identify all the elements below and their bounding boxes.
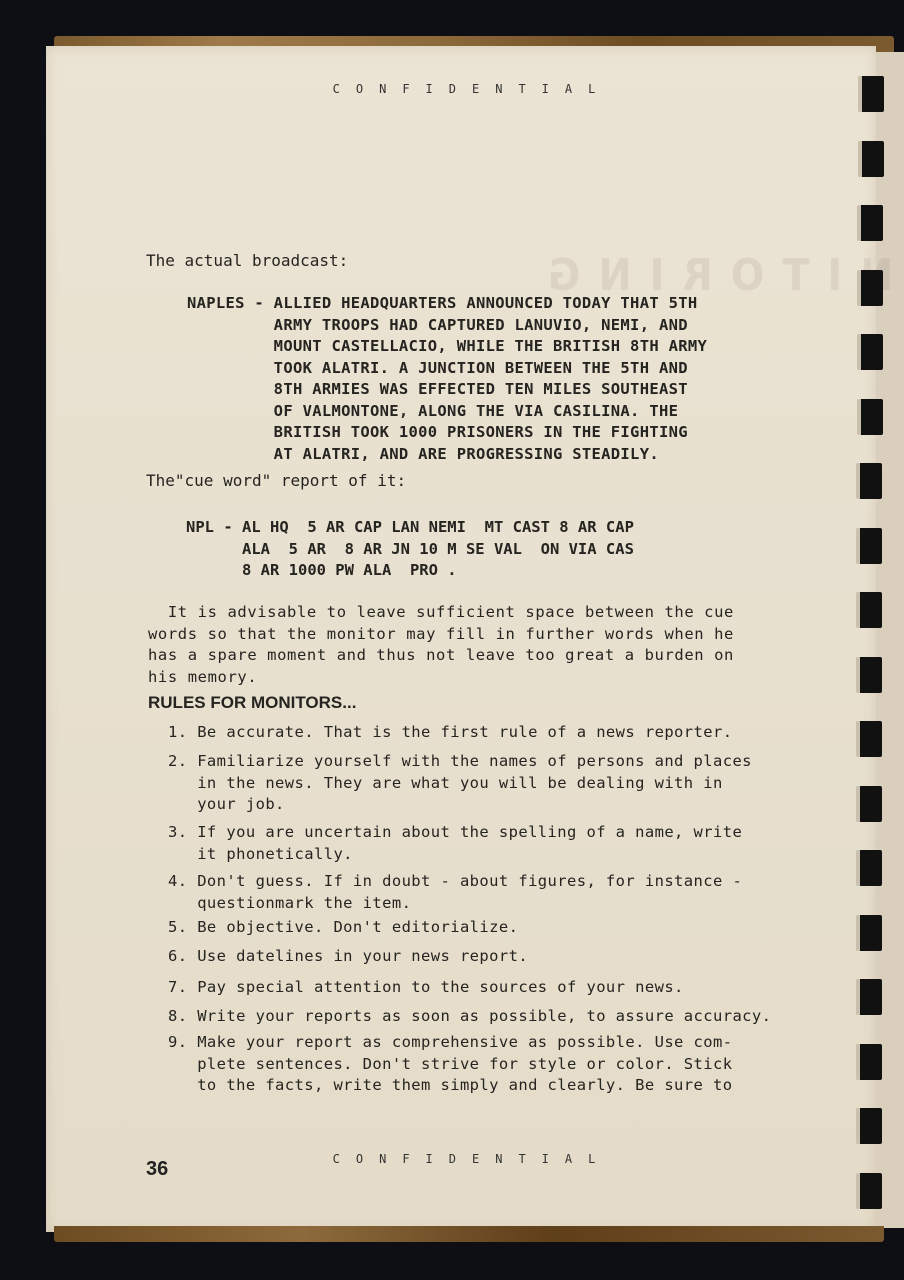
rule-item: 5. Be objective. Don't editorialize. [168,917,518,939]
binding-ring [857,205,883,241]
binding-ring [856,915,882,951]
binding-ring [857,399,883,435]
binding-ring [856,1044,882,1080]
binding-ring [856,528,882,564]
binding-ring [856,979,882,1015]
broadcast-label: The actual broadcast: [146,250,348,272]
rule-item: 1. Be accurate. That is the first rule o… [168,722,732,744]
binding-ring [856,657,882,693]
rule-item: 8. Write your reports as soon as possibl… [168,1006,771,1028]
cue-label: The"cue word" report of it: [146,470,406,492]
advice-paragraph: It is advisable to leave sufficient spac… [148,602,734,688]
rule-item: 4. Don't guess. If in doubt - about figu… [168,871,742,914]
footer-confidential: CONFIDENTIAL [20,1152,904,1166]
rule-item: 6. Use datelines in your news report. [168,946,528,968]
rule-item: 9. Make your report as comprehensive as … [168,1032,732,1097]
header-confidential: CONFIDENTIAL [20,82,904,96]
binding-ring [858,141,884,177]
binding-ring [857,334,883,370]
rule-item: 2. Familiarize yourself with the names o… [168,751,752,816]
broadcast-text: NAPLES - ALLIED HEADQUARTERS ANNOUNCED T… [187,293,707,465]
binding-ring [856,1108,882,1144]
rules-title: RULES FOR MONITORS... [148,692,356,714]
rule-item: 7. Pay special attention to the sources … [168,977,684,999]
binding-ring [856,786,882,822]
rule-item: 3. If you are uncertain about the spelli… [168,822,742,865]
binding-ring [856,463,882,499]
binding-ring [856,592,882,628]
binding-ring [856,1173,882,1209]
binding-ring [856,850,882,886]
binding-ring [857,270,883,306]
page-edge-bottom [54,1226,884,1242]
cue-word-report: NPL - AL HQ 5 AR CAP LAN NEMI MT CAST 8 … [186,517,634,582]
binding-ring [856,721,882,757]
